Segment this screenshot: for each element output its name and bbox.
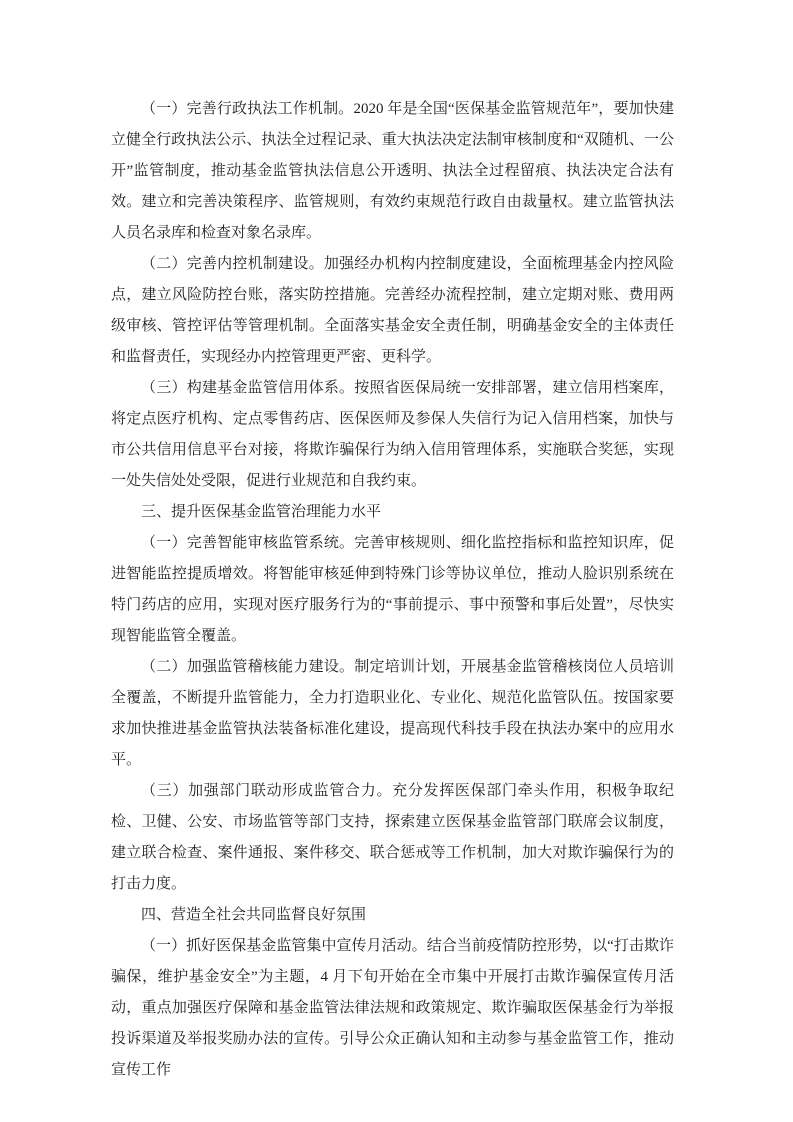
section-heading: 三、提升医保基金监管治理能力水平 [111,497,674,528]
paragraph: （二）加强监管稽核能力建设。制定培训计划，开展基金监管稽核岗位人员培训全覆盖，不… [111,652,674,776]
paragraph: （三）加强部门联动形成监管合力。充分发挥医保部门牵头作用，积极争取纪检、卫健、公… [111,776,674,900]
document-content: （一）完善行政执法工作机制。2020 年是全国“医保基金监管规范年”，要加快建立… [111,94,674,1086]
section-heading: 四、营造全社会共同监督良好氛围 [111,900,674,931]
paragraph: （一）完善智能审核监管系统。完善审核规则、细化监控指标和监控知识库，促进智能监控… [111,528,674,652]
paragraph: （一）抓好医保基金监管集中宣传月活动。结合当前疫情防控形势，以“打击欺诈骗保，维… [111,931,674,1086]
document-page: （一）完善行政执法工作机制。2020 年是全国“医保基金监管规范年”，要加快建立… [0,0,793,1122]
paragraph: （二）完善内控机制建设。加强经办机构内控制度建设，全面梳理基金内控风险点，建立风… [111,249,674,373]
paragraph: （一）完善行政执法工作机制。2020 年是全国“医保基金监管规范年”，要加快建立… [111,94,674,249]
paragraph: （三）构建基金监管信用体系。按照省医保局统一安排部署，建立信用档案库，将定点医疗… [111,373,674,497]
